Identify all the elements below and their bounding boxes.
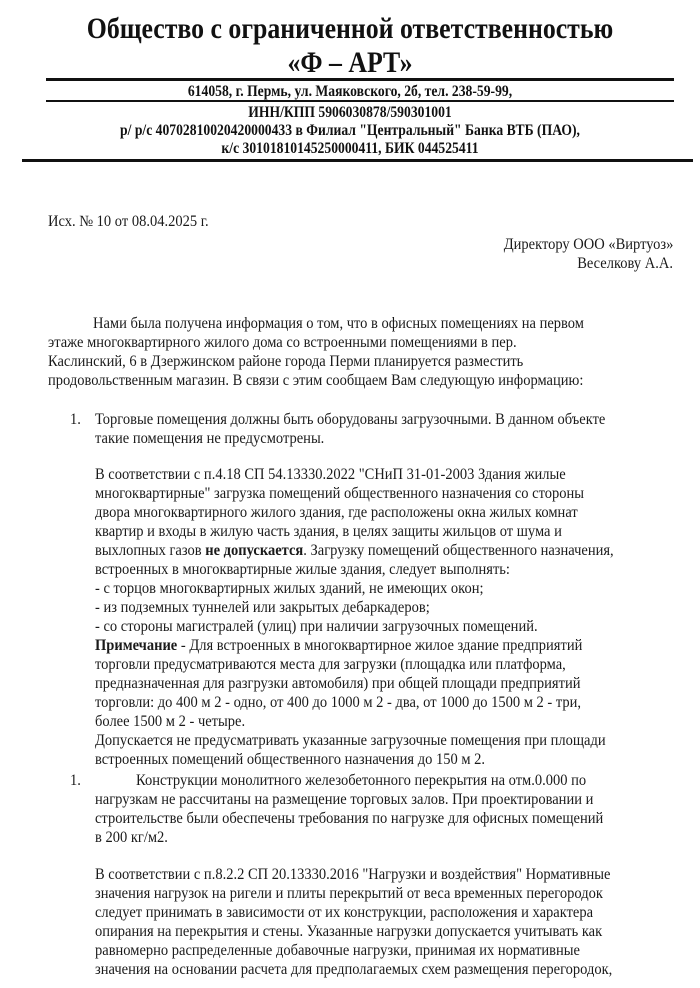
- item2-line: строительстве были обеспечены требования…: [95, 809, 603, 828]
- note-line: встроенных помещений общественного назна…: [95, 750, 485, 769]
- item1-ref-line-emphasis: выхлопных газов не допускается. Загрузку…: [95, 541, 614, 560]
- note-line: Допускается не предусматривать указанные…: [95, 731, 606, 750]
- intro-line: Каслинский, 6 в Дзержинском районе город…: [48, 352, 523, 371]
- header-rule-3: [22, 159, 693, 162]
- item2-line: в 200 кг/м2.: [95, 828, 168, 847]
- addressee-line1: Директору ООО «Виртуоз»: [503, 235, 673, 254]
- item1-bullet-line: - с торцов многоквартирных жилых зданий,…: [95, 579, 484, 598]
- org-name-line1: Общество с ограниченной ответственностью: [49, 12, 651, 46]
- item1-ref-line: многоквартирные" загрузка помещений обще…: [95, 484, 584, 503]
- note-line: предназначенная для разгрузки автомобиля…: [95, 674, 580, 693]
- text-fragment: выхлопных газов: [95, 542, 205, 559]
- list-number: 1.: [70, 771, 81, 790]
- note-line: торговли предусматриваются места для заг…: [95, 655, 566, 674]
- header-rule-1: [46, 78, 674, 81]
- note-line: более 1500 м 2 - четыре.: [95, 712, 245, 731]
- org-address: 614058, г. Пермь, ул. Маяковского, 2б, т…: [42, 83, 658, 101]
- item1-ref-line: квартир и входы в жилую часть здания, в …: [95, 522, 562, 541]
- outgoing-ref: Исх. № 10 от 08.04.2025 г.: [48, 212, 209, 231]
- org-inn-kpp: ИНН/КПП 5906030878/590301001: [42, 104, 658, 122]
- item1-ref-line: В соответствии с п.4.18 СП 54.13330.2022…: [95, 465, 566, 484]
- intro-line: продовольственным магазин. В связи с эти…: [48, 371, 583, 390]
- item2-ref-line: В соответствии с п.8.2.2 СП 20.13330.201…: [95, 865, 610, 884]
- note-label: Примечание: [95, 637, 177, 654]
- intro-line: этаже многоквартирного жилого дома со вс…: [48, 333, 517, 352]
- item1-ref-line: двора многоквартирного жилого здания, гд…: [95, 503, 578, 522]
- item2-ref-line: значения нагрузок на ригели и плиты пере…: [95, 884, 603, 903]
- text-fragment: - Для встроенных в многоквартирное жилое…: [177, 637, 582, 654]
- item1-line: такие помещения не предусмотрены.: [95, 429, 324, 448]
- item1-line: Торговые помещения должны быть оборудова…: [95, 410, 605, 429]
- list-number: 1.: [70, 410, 81, 429]
- header-rule-2: [46, 100, 674, 102]
- addressee-line2: Веселкову А.А.: [577, 254, 673, 273]
- org-corr-account: к/с 30101810145250000411, БИК 044525411: [42, 140, 658, 158]
- org-bank-account: р/ р/с 40702810020420000433 в Филиал "Це…: [42, 122, 658, 140]
- org-name-line2: «Ф – АРТ»: [49, 46, 651, 80]
- item1-ref-line: встроенных в многоквартирные жилые здани…: [95, 560, 510, 579]
- item2-ref-line: значения на основании расчета для предпо…: [95, 960, 612, 979]
- note-line: Примечание - Для встроенных в многокварт…: [95, 636, 582, 655]
- item2-ref-line: следует принимать в зависимости от их ко…: [95, 903, 593, 922]
- item2-ref-line: равномерно распределенные добавочные наг…: [95, 941, 580, 960]
- item1-bullet-line: - из подземных туннелей или закрытых деб…: [95, 598, 430, 617]
- item2-line: Конструкции монолитного железобетонного …: [136, 771, 586, 790]
- item2-ref-line: опирания на перекрытия и стены. Указанны…: [95, 922, 602, 941]
- item2-line: нагрузкам не рассчитаны на размещение то…: [95, 790, 593, 809]
- intro-line: Нами была получена информация о том, что…: [93, 314, 584, 333]
- text-fragment: . Загрузку помещений общественного назна…: [303, 542, 613, 559]
- note-line: торговли: до 400 м 2 - одно, от 400 до 1…: [95, 693, 581, 712]
- item1-bullet-line: - со стороны магистралей (улиц) при нали…: [95, 617, 538, 636]
- emphasis-not-allowed: не допускается: [205, 542, 303, 559]
